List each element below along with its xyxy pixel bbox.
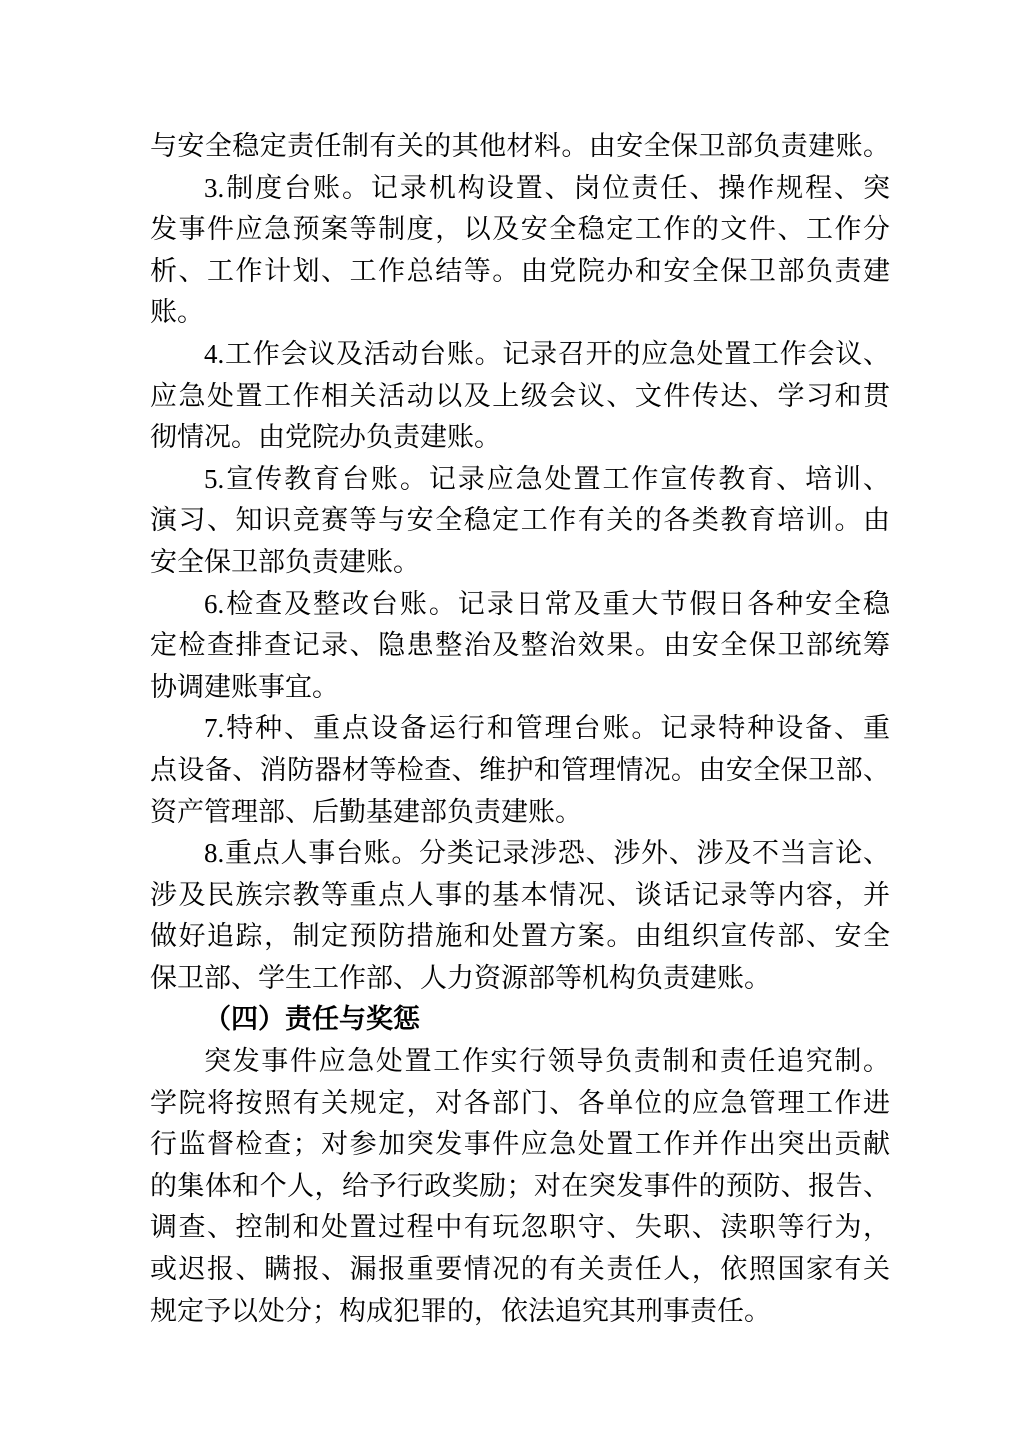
text-line: 与安全稳定责任制有关的其他材料。由安全保卫部负责建账。	[150, 126, 890, 168]
text-line: 规定予以处分；构成犯罪的，依法追究其刑事责任。	[150, 1291, 890, 1333]
paragraph-responsibility: 突发事件应急处置工作实行领导负责制和责任追究制。 学院将按照有关规定，对各部门、…	[150, 1041, 890, 1332]
paragraph-item-8: 8.重点人事台账。分类记录涉恐、涉外、涉及不当言论、 涉及民族宗教等重点人事的基…	[150, 833, 890, 999]
text-line: 协调建账事宜。	[150, 667, 890, 709]
text-line: 做好追踪，制定预防措施和处置方案。由组织宣传部、安全	[150, 916, 890, 958]
text-line: 演习、知识竞赛等与安全稳定工作有关的各类教育培训。由	[150, 500, 890, 542]
text-line: 7.特种、重点设备运行和管理台账。记录特种设备、重	[150, 708, 890, 750]
paragraph-item-4: 4.工作会议及活动台账。记录召开的应急处置工作会议、 应急处置工作相关活动以及上…	[150, 334, 890, 459]
paragraph-item-5: 5.宣传教育台账。记录应急处置工作宣传教育、培训、 演习、知识竞赛等与安全稳定工…	[150, 459, 890, 584]
paragraph-item-6: 6.检查及整改台账。记录日常及重大节假日各种安全稳 定检查排查记录、隐患整治及整…	[150, 584, 890, 709]
text-line: 账。	[150, 292, 890, 334]
text-line: 彻情况。由党院办负责建账。	[150, 417, 890, 459]
text-line: 调查、控制和处置过程中有玩忽职守、失职、渎职等行为，	[150, 1207, 890, 1249]
section-heading-text: （四）责任与奖惩	[150, 999, 890, 1041]
text-line: 涉及民族宗教等重点人事的基本情况、谈话记录等内容，并	[150, 875, 890, 917]
document-body: 与安全稳定责任制有关的其他材料。由安全保卫部负责建账。 3.制度台账。记录机构设…	[150, 126, 890, 1332]
paragraph-continuation: 与安全稳定责任制有关的其他材料。由安全保卫部负责建账。	[150, 126, 890, 168]
text-line: 资产管理部、后勤基建部负责建账。	[150, 792, 890, 834]
text-line: 突发事件应急处置工作实行领导负责制和责任追究制。	[150, 1041, 890, 1083]
text-line: 发事件应急预案等制度，以及安全稳定工作的文件、工作分	[150, 209, 890, 251]
text-line: 3.制度台账。记录机构设置、岗位责任、操作规程、突	[150, 168, 890, 210]
text-line: 6.检查及整改台账。记录日常及重大节假日各种安全稳	[150, 584, 890, 626]
text-line: 或迟报、瞒报、漏报重要情况的有关责任人，依照国家有关	[150, 1249, 890, 1291]
text-line: 4.工作会议及活动台账。记录召开的应急处置工作会议、	[150, 334, 890, 376]
text-line: 行监督检查；对参加突发事件应急处置工作并作出突出贡献	[150, 1124, 890, 1166]
text-line: 保卫部、学生工作部、人力资源部等机构负责建账。	[150, 958, 890, 1000]
text-line: 安全保卫部负责建账。	[150, 542, 890, 584]
text-line: 8.重点人事台账。分类记录涉恐、涉外、涉及不当言论、	[150, 833, 890, 875]
paragraph-item-7: 7.特种、重点设备运行和管理台账。记录特种设备、重 点设备、消防器材等检查、维护…	[150, 708, 890, 833]
section-heading: （四）责任与奖惩	[150, 999, 890, 1041]
text-line: 定检查排查记录、隐患整治及整治效果。由安全保卫部统筹	[150, 625, 890, 667]
text-line: 学院将按照有关规定，对各部门、各单位的应急管理工作进	[150, 1083, 890, 1125]
text-line: 析、工作计划、工作总结等。由党院办和安全保卫部负责建	[150, 251, 890, 293]
text-line: 的集体和个人，给予行政奖励；对在突发事件的预防、报告、	[150, 1166, 890, 1208]
document-page: 与安全稳定责任制有关的其他材料。由安全保卫部负责建账。 3.制度台账。记录机构设…	[0, 0, 1024, 1448]
text-line: 点设备、消防器材等检查、维护和管理情况。由安全保卫部、	[150, 750, 890, 792]
text-line: 应急处置工作相关活动以及上级会议、文件传达、学习和贯	[150, 376, 890, 418]
text-line: 5.宣传教育台账。记录应急处置工作宣传教育、培训、	[150, 459, 890, 501]
paragraph-item-3: 3.制度台账。记录机构设置、岗位责任、操作规程、突 发事件应急预案等制度，以及安…	[150, 168, 890, 334]
